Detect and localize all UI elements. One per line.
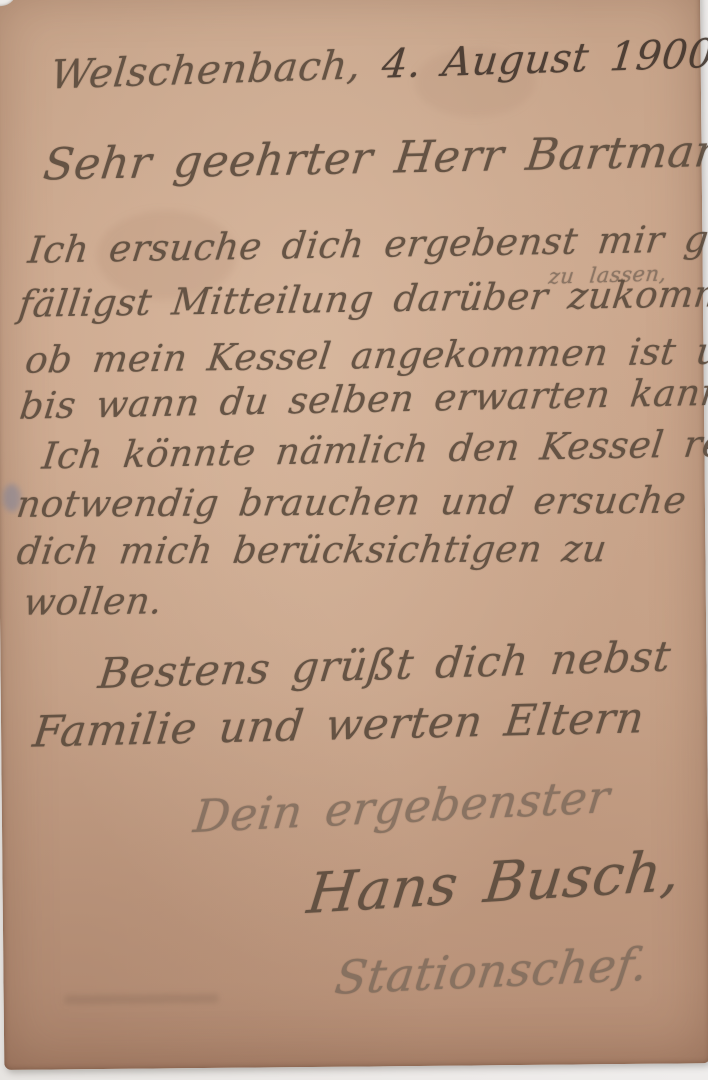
valediction: Dein ergebenster (191, 774, 612, 839)
dateline-place: Welschenbach, (48, 42, 363, 98)
signature-name: Hans Busch, (304, 844, 683, 923)
dateline: Welschenbach, 4. August 1900. (49, 34, 708, 96)
body-line: dich mich berücksichtigen zu (15, 530, 609, 570)
body-line: ob mein Kessel angekommen ist und (23, 332, 708, 379)
body-line: fälligst Mitteilung darüber zukommen (17, 275, 708, 323)
body-line: bis wann du selben erwarten kannst. (18, 373, 708, 425)
body-line: notwendig brauchen und ersuche (14, 482, 688, 523)
body-line: Ich könnte nämlich den Kessel recht (40, 424, 708, 475)
body-line: Ich ersuche dich ergebenst mir ge- (26, 220, 708, 269)
signature-title: Stationschef. (332, 941, 650, 1001)
closing-line: Familie und werten Eltern (31, 697, 647, 754)
salutation: Sehr geehrter Herr Bartmann! (41, 129, 708, 188)
scanned-postcard: Welschenbach, 4. August 1900. Sehr geehr… (0, 0, 708, 1080)
bottom-smudge (64, 994, 219, 1004)
dateline-date: 4. August 1900. (380, 31, 708, 88)
body-line: wollen. (21, 582, 164, 620)
postcard-paper: Welschenbach, 4. August 1900. Sehr geehr… (0, 0, 708, 1070)
paper-chip-top-left (0, 0, 20, 10)
closing-line: Bestens grüßt dich nebst (96, 636, 673, 695)
